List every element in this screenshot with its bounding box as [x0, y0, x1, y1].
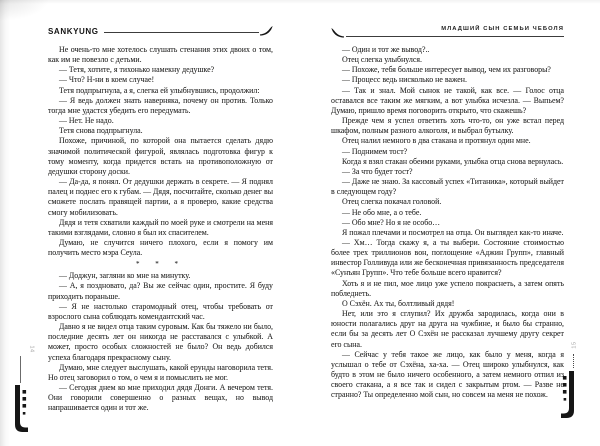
paragraph: Дядя и тетя схватили каждый по моей руке… — [48, 218, 273, 238]
right-page-number: 15 — [572, 341, 578, 348]
brush-stroke-icon — [260, 26, 273, 36]
paragraph: — Я ведь должен знать наверняка, почему … — [48, 96, 273, 116]
paragraph: — Поднимем тост? — [331, 147, 564, 157]
book-title: МЛАДШИЙ СЫН СЕМЬИ ЧЕБОЛЯ — [441, 26, 564, 32]
paragraph: Тетя снова подпрыгнула. — [48, 126, 273, 136]
publisher-name: SANKYUNG — [48, 27, 99, 36]
left-margin-ornament: 14 — [10, 341, 38, 437]
paragraph: — За что будет тост? — [331, 167, 564, 177]
paragraph: Думаю, мне следует выслушать, какой ерун… — [48, 363, 273, 383]
paragraph: — Даже не знаю. За кассовый успех «Титан… — [331, 177, 564, 197]
book-page-spread: SANKYUNG МЛАДШИЙ СЫН СЕМЬИ ЧЕБОЛЯ Не оче… — [0, 0, 600, 446]
paragraph: — Так и знал. Мой сынок не такой, как вс… — [331, 86, 564, 116]
header-rule: МЛАДШИЙ СЫН СЕМЬИ ЧЕБОЛЯ — [346, 17, 564, 37]
ornament-dotted-line — [573, 354, 574, 368]
paragraph: — Что? Н-ни в коем случае! — [48, 75, 273, 85]
left-page-header: SANKYUNG — [48, 26, 273, 37]
paragraph: — Обо мне? Но я не особо… — [331, 218, 564, 228]
right-page-text: — Один и тот же вывод?..Отец слегка улыб… — [331, 45, 564, 400]
paragraph: — Да-да, я понял. От дедушки держать в с… — [48, 177, 273, 218]
paragraph: Тетя подпрыгнула, а я, слегка ей улыбнув… — [48, 86, 273, 96]
paragraph: Отец слегка покачал головой. — [331, 197, 564, 207]
right-page-header: МЛАДШИЙ СЫН СЕМЬИ ЧЕБОЛЯ — [331, 26, 564, 37]
paragraph: Давно я не видел отца таким суровым. Как… — [48, 322, 273, 363]
paragraph: — Доджун, загляни ко мне на минутку. — [48, 271, 273, 281]
paragraph: Хоть я и не пил, мое лицо уже успело пок… — [331, 279, 564, 299]
paragraph: — Сейчас у тебя такое же лицо, как было … — [331, 350, 564, 401]
right-margin-ornament: 15 — [556, 336, 586, 422]
paragraph: — А, я поздновато, да? Вы же сейчас один… — [48, 281, 273, 301]
paragraph: Когда я взял стакан обеими руками, улыбк… — [331, 157, 564, 167]
paragraph: Не очень-то мне хотелось слушать стенани… — [48, 45, 273, 65]
paragraph: Отец слегка улыбнулся. — [331, 55, 564, 65]
paragraph: — Нет. Не надо. — [48, 116, 273, 126]
left-page-text: Не очень-то мне хотелось слушать стенани… — [48, 45, 273, 413]
header-rule — [104, 32, 259, 33]
paragraph: Я пожал плечами и посмотрел на отца. Он … — [331, 228, 564, 238]
paragraph: О Сэхён. Ах ты, болтливый дядя! — [331, 299, 564, 309]
paragraph: — Тетя, хотите, я тихонько намекну дедуш… — [48, 65, 273, 75]
paragraph: Нет, или это я сглупил? Их дружба зароди… — [331, 309, 564, 350]
paragraph: Отец налил немного в два стакана и протя… — [331, 136, 564, 146]
paragraph: — Я не настолько старомодный отец, чтобы… — [48, 302, 273, 322]
paragraph: — Не обо мне, а о тебе. — [331, 208, 564, 218]
section-separator: * * * — [48, 258, 273, 271]
ornament-line — [20, 356, 21, 383]
left-page-number: 14 — [29, 345, 35, 352]
brush-stroke-icon — [331, 28, 344, 38]
paragraph: — Один и тот же вывод?.. — [331, 45, 564, 55]
paragraph: — Процесс ведь нисколько не важен. — [331, 75, 564, 85]
paragraph: Прежде чем я успел ответить хоть что-то,… — [331, 116, 564, 136]
paragraph: Похоже, причиной, по которой она пытаетс… — [48, 136, 273, 177]
bracket-ornament-icon — [12, 385, 28, 432]
paragraph: — Хм… Тогда скажу я, а ты выбери. Состоя… — [331, 238, 564, 279]
paragraph: — Сегодня днем ко мне приходил дядя Донг… — [48, 383, 273, 413]
bracket-ornament-icon — [561, 371, 577, 418]
paragraph: Думаю, не случится ничего плохого, если … — [48, 238, 273, 258]
paragraph: — Похоже, тебя больше интересует вывод, … — [331, 65, 564, 75]
